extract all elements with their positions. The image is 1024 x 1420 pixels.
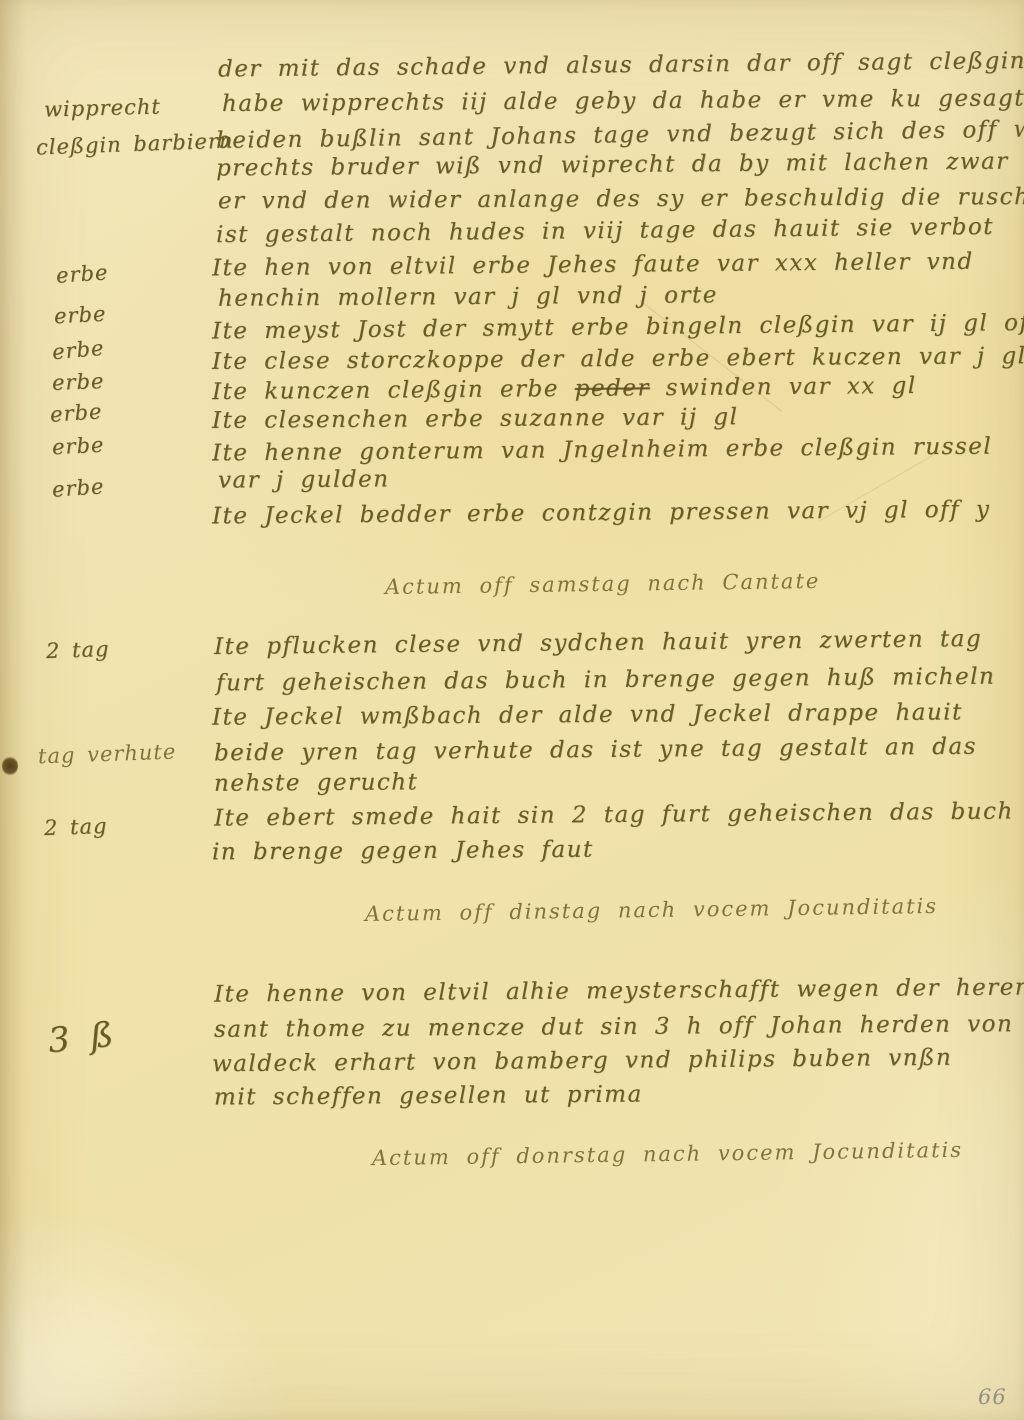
entry-line: Ite kunczen cleßgin erbe peder swinden v… [212,373,917,405]
margin-erbe-mark: erbe [49,399,103,427]
manuscript-page: wipprecht cleßgin barbiern erbe erbe erb… [0,0,1024,1420]
margin-erbe-mark: erbe [51,474,105,502]
date-heading-donrstag: Actum off donrstag nach vocem Jocunditat… [372,1138,963,1170]
manuscript-line: prechts bruder wiß vnd wiprecht da by mi… [216,149,1009,182]
manuscript-line: der mit das schade vnd alsus darsin dar … [218,48,1024,83]
margin-erbe-mark: erbe [51,336,105,364]
manuscript-line: Ite henne von eltvil alhie meysterschaff… [214,974,1024,1007]
manuscript-line: furt geheischen das buch in brenge gegen… [216,664,996,697]
manuscript-line: habe wipprechts iij alde geby da habe er… [222,85,1024,117]
entry-line: Ite clese storczkoppe der alde erbe eber… [212,343,1024,375]
entry-line: var j gulden [218,466,390,493]
manuscript-line: ist gestalt noch hudes in viij tage das … [216,214,994,248]
entry-line: Ite clesenchen erbe suzanne var ij gl [212,404,739,434]
manuscript-line: Ite ebert smede hait sin 2 tag furt gehe… [214,799,1014,832]
margin-tag-note-1: 2 tag [46,637,110,663]
manuscript-line: er vnd den wider anlange des sy er besch… [218,184,1024,215]
entry-line: Ite hen von eltvil erbe Jehes faute var … [212,249,974,282]
folio-number: 66 [978,1385,1007,1409]
entry-text: swinden var xx gl [650,373,917,401]
entry-line: Ite henne gonterum van Jngelnheim erbe c… [212,434,992,467]
margin-erbe-mark: erbe [55,260,109,288]
margin-erbe-mark: erbe [53,302,107,329]
manuscript-line: Ite Jeckel wmßbach der alde vnd Jeckel d… [212,699,963,730]
entry-line: Ite Jeckel bedder erbe contzgin pressen … [212,497,991,530]
date-heading-cantate: Actum off samstag nach Cantate [385,569,821,599]
manuscript-line: waldeck erhart von bamberg vnd philips b… [212,1045,952,1077]
manuscript-line: sant thome zu mencze dut sin 3 h off Joh… [214,1011,1013,1043]
manuscript-line: in brenge gegen Jehes faut [212,837,594,866]
ink-blot [2,756,18,776]
margin-fee-note: 3 ß [46,1015,116,1062]
margin-tag-note-2: tag verhute [38,740,177,769]
margin-erbe-mark: erbe [51,433,105,460]
margin-case-note-line1: wipprecht [44,94,161,121]
margin-case-note-line2: cleßgin barbiern [36,129,234,160]
manuscript-line: beide yren tag verhute das ist yne tag g… [214,734,977,767]
manuscript-line: Ite pflucken clese vnd sydchen hauit yre… [214,626,982,660]
entry-text-struck: peder [575,375,650,402]
margin-tag-note-3: 2 tag [44,814,108,840]
entry-line: henchin mollern var j gl vnd j orte [218,282,718,311]
date-heading-dinstag: Actum off dinstag nach vocem Jocunditati… [365,894,938,926]
margin-erbe-mark: erbe [52,369,105,395]
binding-fold-shadow [0,0,26,1420]
entry-line: Ite meyst Jost der smytt erbe bingeln cl… [212,310,1024,345]
entry-text: Ite kunczen cleßgin erbe [212,376,575,405]
manuscript-line: beiden bußlin sant Johans tage vnd bezug… [216,116,1024,154]
manuscript-line: nehste gerucht [214,769,418,796]
manuscript-line: mit scheffen gesellen ut prima [214,1082,643,1111]
